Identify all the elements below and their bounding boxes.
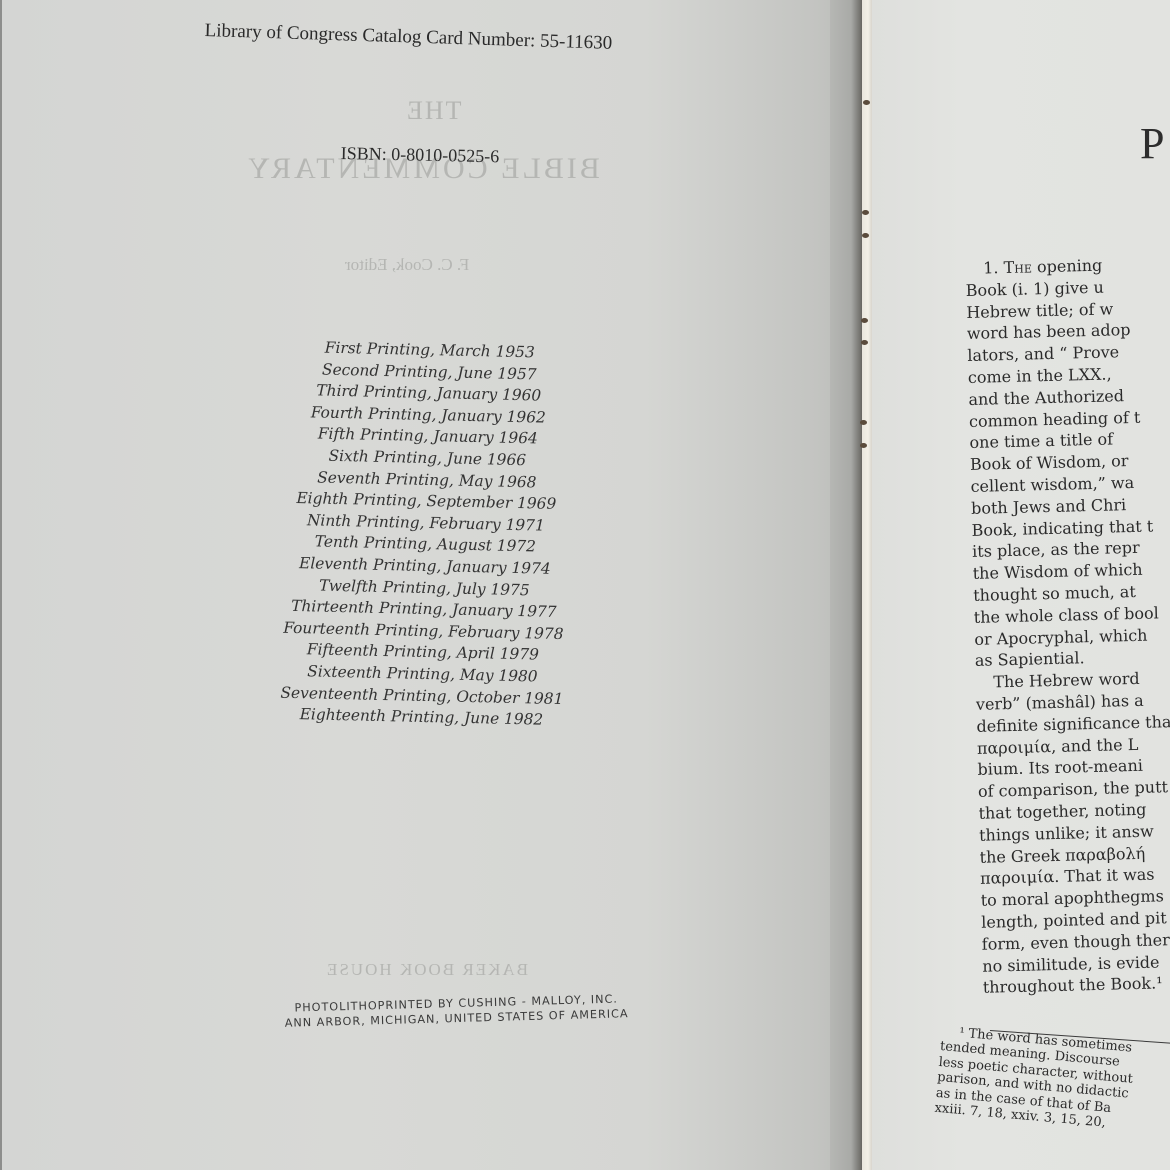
binding-stitch [861, 318, 868, 323]
binding-stitch [860, 443, 867, 448]
binding-stitch [861, 340, 868, 345]
binding-stitch [863, 100, 870, 105]
show-through-the: THE [405, 96, 462, 126]
binding-stitch [862, 210, 869, 215]
text-line: definite significance tha [976, 711, 1170, 738]
binding-stitch [860, 420, 867, 425]
chapter-heading-letter: P [1140, 118, 1164, 169]
small-caps-opening: The [1003, 257, 1032, 277]
printing-history: First Printing, March 1953 Second Printi… [241, 336, 610, 733]
binding-stitch [862, 233, 869, 238]
page-spine-edge [862, 0, 872, 1170]
show-through-editor: F. C. Cook, Editor [345, 255, 469, 275]
paragraph-number: 1. [983, 258, 1004, 277]
text-line: throughout the Book.¹ [983, 972, 1170, 999]
isbn-line: ISBN: 0-8010-0525-6 [341, 143, 500, 167]
show-through-publisher: BAKER BOOK HOUSE [325, 960, 528, 980]
body-text-column: 1. The opening Book (i. 1) give u Hebrew… [965, 253, 1170, 999]
book-gutter [830, 0, 865, 1170]
